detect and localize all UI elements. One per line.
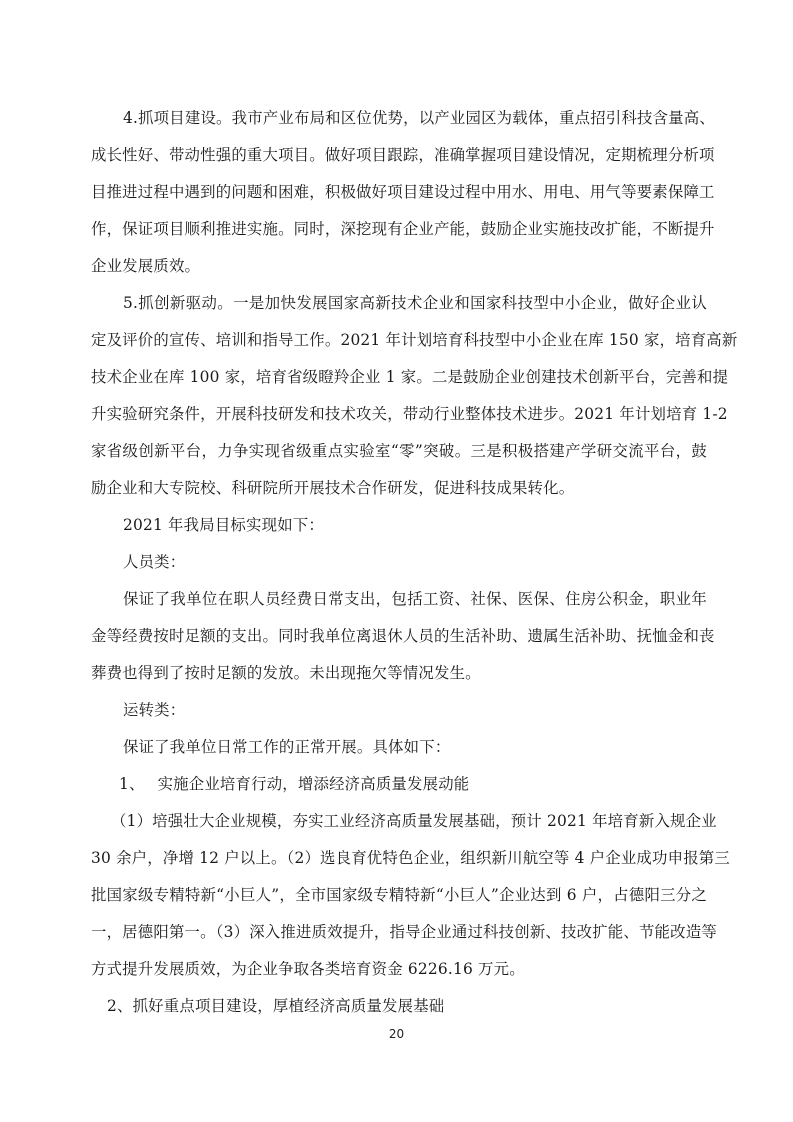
text-line: 方式提升发展质效，为企业争取各类培育资金 6226.16 万元。 [91, 959, 707, 979]
text-line: 金等经费按时足额的支出。同时我单位离退休人员的生活补助、遗属生活补助、抚恤金和丧 [91, 626, 707, 646]
page-number: 20 [0, 1027, 793, 1041]
text-line: 批国家级专精特新“小巨人”，全市国家级专精特新“小巨人”企业达到 6 户，占德阳… [91, 885, 707, 905]
text-line: 家省级创新平台，力争实现省级重点实验室“零”突破。三是积极搭建产学研交流平台，鼓 [91, 441, 707, 461]
text-line: 2、抓好重点项目建设，厚植经济高质量发展基础 [107, 996, 707, 1016]
text-line: 定及评价的宣传、培训和指导工作。2021 年计划培育科技型中小企业在库 150 … [91, 330, 707, 350]
text-line: 技术企业在库 100 家，培育省级瞪羚企业 1 家。二是鼓励企业创建技术创新平台… [91, 367, 707, 387]
text-line: 目推进过程中遇到的问题和困难，积极做好项目建设过程中用水、用电、用气等要素保障工 [91, 182, 707, 202]
text-line: 作，保证项目顺利推进实施。同时，深挖现有企业产能，鼓励企业实施技改扩能，不断提升 [91, 219, 707, 239]
text-line: （1）培强壮大企业规模，夯实工业经济高质量发展基础，预计 2021 年培育新入规… [111, 811, 707, 831]
text-line: 葬费也得到了按时足额的发放。未出现拖欠等情况发生。 [91, 663, 707, 683]
text-line: 一，居德阳第一。（3）深入推进质效提升，指导企业通过科技创新、技改扩能、节能改造… [91, 922, 707, 942]
text-line: 4.抓项目建设。我市产业布局和区位优势，以产业园区为载体，重点招引科技含量高、 [123, 108, 707, 128]
text-line: 人员类： [123, 552, 707, 572]
text-line: 2021 年我局目标实现如下： [123, 515, 707, 535]
text-line: 励企业和大专院校、科研院所开展技术合作研发，促进科技成果转化。 [91, 478, 707, 498]
document-page: 4.抓项目建设。我市产业布局和区位优势，以产业园区为载体，重点招引科技含量高、成… [0, 0, 793, 1122]
text-line: 5.抓创新驱动。一是加快发展国家高新技术企业和国家科技型中小企业，做好企业认 [123, 293, 707, 313]
text-line: 企业发展质效。 [91, 256, 707, 276]
text-line: 运转类： [123, 700, 707, 720]
text-line: 保证了我单位日常工作的正常开展。具体如下： [123, 737, 707, 757]
text-line: 成长性好、带动性强的重大项目。做好项目跟踪，准确掌握项目建设情况，定期梳理分析项 [91, 145, 707, 165]
text-line: 保证了我单位在职人员经费日常支出，包括工资、社保、医保、住房公积金，职业年 [123, 589, 707, 609]
text-line: 升实验研究条件，开展科技研发和技术攻关，带动行业整体技术进步。2021 年计划培… [91, 404, 707, 424]
text-line: 1、 实施企业培育行动，增添经济高质量发展动能 [119, 774, 707, 794]
text-line: 30 余户，净增 12 户以上。（2）选良育优特色企业，组织新川航空等 4 户企… [91, 848, 707, 868]
